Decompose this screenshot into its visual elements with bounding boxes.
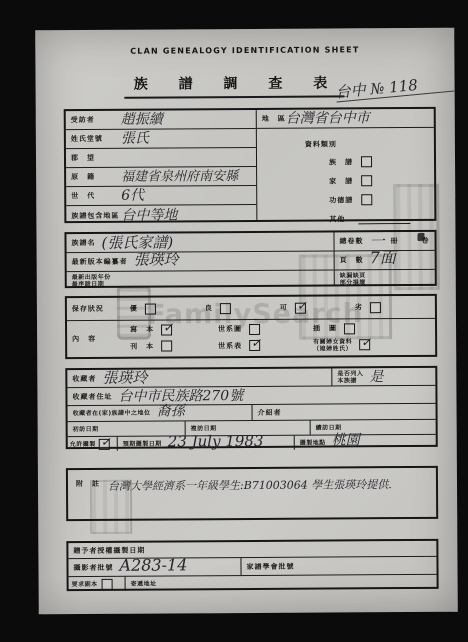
field-label: 最序跋日期 [72, 280, 111, 287]
follow-up-visit-cell: 續訪日期 [311, 420, 436, 435]
category-item: 家 譜 [257, 171, 434, 191]
field-label: 族譜包含地區 [71, 210, 121, 220]
handwritten-value: (張氏家譜) [101, 235, 173, 250]
handwritten-value: 福建省泉州府南安縣 [121, 170, 238, 184]
content-item: 插 圖 [313, 322, 430, 334]
field-label: 受訪者 [71, 115, 121, 125]
checkbox [295, 302, 306, 313]
checkbox [361, 156, 372, 167]
field-label: 最新版本編纂者 [72, 257, 128, 267]
handwritten-value: A283-14 [119, 557, 187, 573]
other-label: 其他 [329, 214, 345, 224]
content-label: 世系圖 [218, 324, 242, 334]
introducer-cell: 介紹者 [253, 404, 436, 420]
checkbox [249, 340, 260, 351]
region-category-column: 地 區 台灣省台中市 資料類別 族 譜 家 譜 [257, 109, 435, 220]
handwritten-value: 7面 [370, 250, 396, 266]
category-block: 資料類別 族 譜 家 譜 功德譜 其他 [257, 128, 435, 229]
field-label: 要求副本 [72, 580, 98, 587]
category-title: 資料類別 [305, 140, 337, 148]
notes-handwritten: 台灣大學經濟系一年級學生:B71003064 學生張瑛玲提供. [108, 477, 392, 494]
english-title: CLAN GENEALOGY IDENTIFICATION SHEET [35, 45, 454, 57]
field-label: 初訪日期 [73, 425, 99, 432]
field-label: 贈予者授權攝製日期 [73, 545, 145, 555]
category-item: 族 譜 [257, 152, 434, 172]
page-title: 族 譜 調 查 表 [124, 72, 345, 98]
genealogy-section: 族譜名 (張氏家譜) 最新版本編纂者 張瑛玲 最新出版年份 最序跋日期 [64, 230, 436, 288]
society-batch-cell: 家譜學會批號 [241, 557, 436, 575]
batch-row: 攝影者批號 A283-14 家譜學會批號 [68, 557, 436, 577]
field-label: 寄遞地址 [131, 580, 157, 587]
condition-option: 良 [205, 302, 280, 313]
field-label: 本族譜 [337, 377, 363, 384]
handwritten-value: 是 [369, 370, 383, 384]
checkbox [220, 303, 231, 314]
content-grid: 寫 本 世系圖 插 圖 刊 [130, 322, 430, 353]
pages-row: 頁 數 7面 [335, 251, 435, 271]
address-row: 收藏者住址 台中市民族路270號 [67, 386, 435, 406]
condition-section: 保存狀況 優 良 可 劣 內 容 [65, 294, 437, 359]
field-label: 世 代 [71, 191, 121, 201]
field-label: 姓氏堂號 [71, 134, 121, 144]
content-label: 寫 本 [130, 325, 154, 335]
checkbox [249, 323, 260, 334]
genealogy-left-column: 族譜名 (張氏家譜) 最新版本編纂者 張瑛玲 最新出版年份 最序跋日期 [66, 232, 334, 286]
content-item: 世系圖 [218, 323, 313, 335]
handwritten-value: 桃園 [332, 433, 360, 447]
field-row: 姓氏堂號 張氏 [66, 129, 256, 149]
checkbox [145, 303, 156, 314]
content-label: 插 圖 [313, 323, 337, 333]
field-label: 原 籍 [71, 172, 121, 182]
field-row: 受訪者 趙振續 [66, 110, 256, 130]
category-label: 功德譜 [329, 195, 353, 205]
field-label: 複訪日期 [191, 425, 217, 432]
field-row: 族譜名 (張氏家譜) [66, 232, 333, 253]
content-item: 有關婦女資料 （媳婦姓氏） [313, 337, 430, 352]
content-label: 刊 本 [130, 341, 154, 351]
handwritten-value: 裔孫 [157, 404, 185, 418]
handwritten-value: 台中等地 [121, 208, 177, 222]
field-label: 收藏者 [72, 373, 96, 383]
included-cell: 是否列入 本族譜 是 [332, 368, 435, 386]
notes-section: 附 註 台灣大學經濟系一年級學生:B71003064 學生張瑛玲提供. [66, 466, 438, 521]
option-label: 優 [130, 304, 138, 314]
photo-frame: FamilySearch CLAN GENEALOGY IDENTIFICATI… [0, 0, 468, 642]
field-label: 收藏者在(家)族譜中之地位 [73, 410, 151, 417]
holder-section: 收藏者 張瑛玲 是否列入 本族譜 是 收藏者住址 台中市民族路270號 收藏者在… [65, 366, 437, 449]
blank-line [358, 213, 410, 224]
content-item: 寫 本 [130, 324, 218, 336]
permission-cell: 允許攝製 [68, 437, 118, 451]
content-label: 世系表 [218, 341, 242, 351]
admin-section: 贈予者授權攝製日期 攝影者批號 A283-14 家譜學會批號 要求副本 [66, 539, 438, 591]
field-label: 攝影者批號 [73, 562, 113, 572]
handwritten-value: 23 July 1983 [168, 433, 264, 449]
stacked-labels: 有關婦女資料 （媳婦姓氏） [313, 338, 352, 352]
field-row: 最新出版年份 最序跋日期 [67, 270, 334, 289]
category-label: 家 譜 [329, 176, 353, 186]
stacked-labels: 是否列入 本族譜 [337, 370, 363, 384]
content-row: 內 容 寫 本 世系圖 插 圖 [67, 319, 435, 357]
field-label: 頁 數 [340, 255, 364, 265]
stacked-labels: 最新出版年份 最序跋日期 [72, 273, 111, 287]
serial-number-handwritten: 台中 № 118 [335, 75, 454, 103]
condition-row: 保存狀況 優 良 可 劣 [67, 296, 435, 321]
filming-date-cell: 預期攝製日期 23 July 1983 [118, 436, 295, 451]
option-label: 良 [205, 303, 213, 313]
missing-row: 缺漏缺頁 部分損壞 [335, 270, 435, 288]
interviewee-fields: 受訪者 趙振續 姓氏堂號 張氏 郡 望 原 籍 福建省泉州府南安縣 世 代 [66, 110, 258, 221]
field-label: 續訪日期 [316, 424, 342, 431]
option-label: 可 [280, 303, 288, 313]
notes-label: 附 註 [76, 479, 100, 489]
checkbox [344, 323, 355, 334]
content-item: 刊 本 [130, 340, 218, 352]
handwritten-value: 6代 [121, 189, 144, 203]
field-label: 部分損壞 [340, 279, 366, 286]
unit-label: 卷 [421, 236, 429, 246]
handwritten-value: 一 [369, 234, 384, 249]
checkbox [102, 578, 113, 589]
copy-request-cell: 要求副本 [69, 577, 126, 591]
condition-option: 可 [280, 302, 355, 313]
holder-name-cell: 收藏者 張瑛玲 [67, 368, 332, 387]
field-row: 郡 望 [66, 148, 256, 168]
field-label: 介紹者 [258, 407, 282, 417]
field-label: 族譜名 [71, 238, 95, 248]
condition-option: 優 [130, 303, 205, 314]
position-cell: 收藏者在(家)族譜中之地位 裔孫 [68, 405, 253, 421]
condition-option: 劣 [355, 301, 430, 312]
field-label: 允許攝製 [70, 440, 96, 447]
interviewee-section: 受訪者 趙振續 姓氏堂號 張氏 郡 望 原 籍 福建省泉州府南安縣 世 代 [64, 107, 437, 223]
mail-address-cell: 寄遞地址 [126, 575, 437, 591]
content-grid-row: 寫 本 世系圖 插 圖 [130, 322, 430, 335]
field-label: 保存狀況 [72, 304, 130, 314]
genealogy-right-column: 總卷數 一 冊 卷 頁 數 7面 缺漏缺頁 部分損壞 [334, 232, 434, 285]
field-label: 郡 望 [71, 153, 121, 163]
stacked-labels: 缺漏缺頁 部分損壞 [340, 272, 366, 286]
category-item: 功德譜 [257, 190, 434, 210]
field-label: 預期攝製日期 [123, 440, 162, 447]
handwritten-value: 張瑛玲 [134, 252, 179, 267]
checkbox [99, 438, 110, 449]
field-label: 地 區 [262, 114, 286, 124]
handwritten-value: 台中市民族路270號 [118, 389, 243, 404]
handwritten-value: 張氏 [121, 132, 149, 146]
document-sheet: FamilySearch CLAN GENEALOGY IDENTIFICATI… [35, 28, 458, 615]
photographer-batch-cell: 攝影者批號 A283-14 [68, 558, 241, 576]
content-grid-row: 刊 本 世系表 有關婦女資料 （媳婦姓氏） [130, 337, 430, 353]
category-title-row: 資料類別 [257, 131, 434, 151]
field-row: 族譜包含地區 台中等地 [66, 205, 256, 225]
filming-place-cell: 攝製地點 桃園 [295, 435, 436, 450]
checkbox [161, 324, 172, 335]
handwritten-value: 台灣省台中市 [286, 111, 370, 126]
field-label: 總卷數 [339, 236, 363, 246]
unit-label: 冊 [390, 236, 398, 246]
content-item: 世系表 [218, 340, 313, 352]
checkbox [161, 340, 172, 351]
content-sublabel: （媳婦姓氏） [313, 345, 352, 352]
checkbox [361, 194, 372, 205]
checkbox [359, 339, 370, 350]
option-label: 劣 [355, 302, 363, 312]
filming-row: 允許攝製 預期攝製日期 23 July 1983 攝製地點 桃園 [68, 435, 436, 451]
field-row: 原 籍 福建省泉州府南安縣 [66, 167, 256, 187]
field-label: 家譜學會批號 [246, 561, 294, 571]
category-other: 其他 [257, 209, 434, 229]
copy-request-row: 要求副本 寄遞地址 [69, 575, 437, 591]
region-row: 地 區 台灣省台中市 [257, 109, 434, 129]
field-row: 世 代 6代 [66, 186, 256, 206]
field-label: 攝製地點 [300, 439, 326, 446]
field-label: 收藏者住址 [72, 391, 112, 401]
checkbox [361, 175, 372, 186]
handwritten-value: 張瑛玲 [102, 371, 147, 386]
holder-row: 收藏者 張瑛玲 是否列入 本族譜 是 [67, 368, 435, 388]
field-row: 最新版本編纂者 張瑛玲 [67, 251, 334, 272]
field-label: 內 容 [72, 334, 130, 344]
checkbox [370, 302, 381, 313]
category-label: 族 譜 [329, 157, 353, 167]
handwritten-value: 趙振續 [121, 113, 163, 127]
